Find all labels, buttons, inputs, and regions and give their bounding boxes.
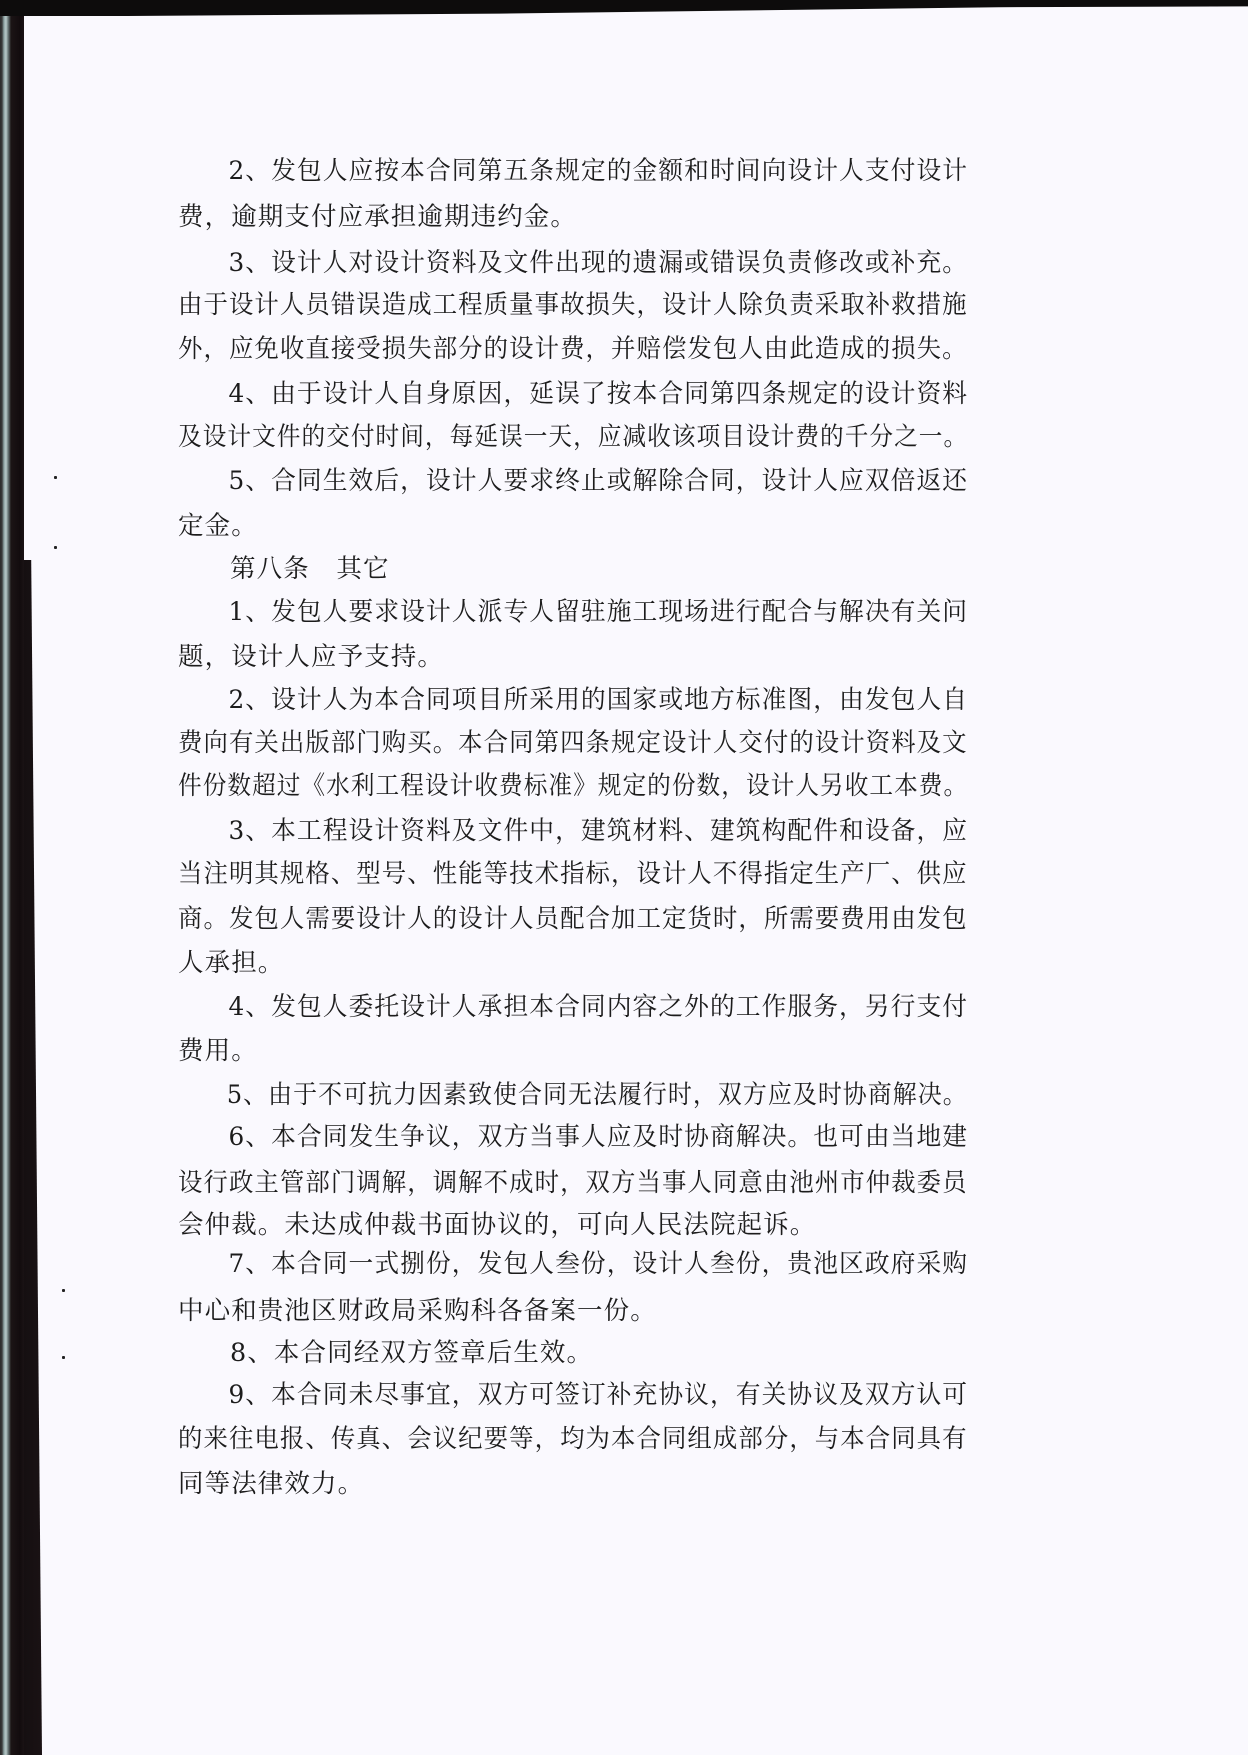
paragraph-first-line: 4、发包人委托设计人承担本合同内容之外的工作服务，另行支付 — [178, 992, 968, 1022]
paragraph-first-line: 3、设计人对设计资料及文件出现的遗漏或错误负责修改或补充。 — [178, 248, 968, 278]
paragraph-line: 由于设计人员错误造成工程质量事故损失，设计人除负责采取补救措施 — [178, 290, 968, 320]
paragraph-line: 商。发包人需要设计人的设计人员配合加工定货时，所需要费用由发包 — [178, 904, 968, 934]
paragraph-first-line: 第八条 其它 — [178, 554, 390, 584]
paragraph-line: 费向有关出版部门购买。本合同第四条规定设计人交付的设计资料及文 — [178, 728, 968, 758]
paragraph-first-line: 5、合同生效后，设计人要求终止或解除合同，设计人应双倍返还 — [178, 466, 968, 496]
margin-mark — [62, 1356, 65, 1359]
scan-left-shadow — [24, 560, 42, 1755]
paragraph-line: 会仲裁。未达成仲裁书面协议的，可向人民法院起诉。 — [178, 1210, 816, 1240]
paragraph-first-line: 3、本工程设计资料及文件中，建筑材料、建筑构配件和设备，应 — [178, 816, 968, 846]
margin-mark — [54, 476, 57, 479]
margin-mark — [62, 1289, 65, 1292]
paragraph-line: 中心和贵池区财政局采购科各备案一份。 — [178, 1296, 657, 1326]
paragraph-first-line: 6、本合同发生争议，双方当事人应及时协商解决。也可由当地建 — [178, 1122, 968, 1152]
paragraph-first-line: 8、本合同经双方签章后生效。 — [178, 1338, 593, 1368]
paragraph-line: 的来往电报、传真、会议纪要等，均为本合同组成部分，与本合同具有 — [178, 1424, 968, 1454]
paragraph-first-line: 7、本合同一式捌份，发包人叁份，设计人叁份，贵池区政府采购 — [178, 1249, 968, 1279]
paragraph-line: 题，设计人应予支持。 — [178, 642, 444, 672]
paragraph-first-line: 4、由于设计人自身原因，延误了按本合同第四条规定的设计资料 — [178, 379, 968, 409]
paragraph-line: 及设计文件的交付时间，每延误一天，应减收该项目设计费的千分之一。 — [178, 422, 968, 452]
paragraph-first-line: 5、由于不可抗力因素致使合同无法履行时，双方应及时协商解决。 — [178, 1080, 968, 1110]
scan-top-border — [0, 0, 1248, 16]
paragraph-line: 定金。 — [178, 511, 258, 541]
paragraph-line: 人承担。 — [178, 948, 284, 978]
scan-left-border — [0, 0, 24, 1755]
paragraph-first-line: 2、发包人应按本合同第五条规定的金额和时间向设计人支付设计 — [178, 156, 968, 186]
paragraph-line: 设行政主管部门调解，调解不成时，双方当事人同意由池州市仲裁委员 — [178, 1168, 968, 1198]
paragraph-first-line: 1、发包人要求设计人派专人留驻施工现场进行配合与解决有关问 — [178, 597, 968, 627]
paragraph-line: 费用。 — [178, 1036, 258, 1066]
margin-mark — [54, 546, 57, 549]
paragraph-line: 同等法律效力。 — [178, 1469, 364, 1499]
paragraph-first-line: 9、本合同未尽事宜，双方可签订补充协议，有关协议及双方认可 — [178, 1380, 968, 1410]
paragraph-line: 件份数超过《水利工程设计收费标准》规定的份数，设计人另收工本费。 — [178, 771, 968, 801]
paragraph-line: 外，应免收直接受损失部分的设计费，并赔偿发包人由此造成的损失。 — [178, 334, 968, 364]
scanned-page: 2、发包人应按本合同第五条规定的金额和时间向设计人支付设计费，逾期支付应承担逾期… — [0, 0, 1248, 1755]
paragraph-line: 当注明其规格、型号、性能等技术指标，设计人不得指定生产厂、供应 — [178, 859, 968, 889]
paragraph-line: 费，逾期支付应承担逾期违约金。 — [178, 202, 577, 232]
paragraph-first-line: 2、设计人为本合同项目所采用的国家或地方标准图，由发包人自 — [178, 685, 968, 715]
